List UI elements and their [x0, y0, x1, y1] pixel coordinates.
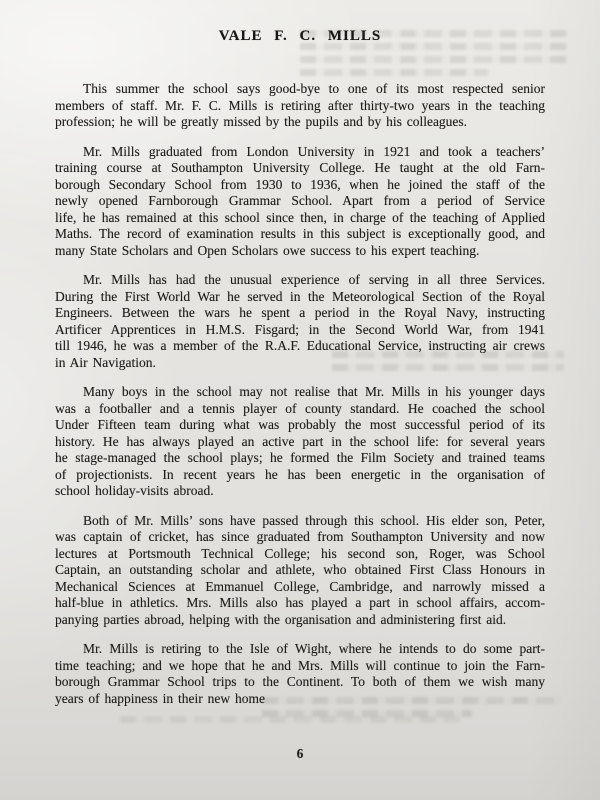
- body-line: half-blue in athletics. Mrs. Mills also …: [55, 595, 545, 612]
- body-line: many State Scholars and Open Scholars ow…: [55, 243, 545, 260]
- body-line: school holiday-visits abroad.: [55, 483, 545, 500]
- body-line: During the First World War he served in …: [55, 289, 545, 306]
- body-line: Many boys in the school may not realise …: [55, 384, 545, 401]
- body-line: This summer the school says good-bye to …: [55, 81, 545, 98]
- paragraph: Mr. Mills has had the unusual experience…: [55, 272, 545, 371]
- body-line: Engineers. Between the wars he spent a p…: [55, 305, 545, 322]
- body-line: he stage-managed the school plays; he fo…: [55, 450, 545, 467]
- body-line: till 1946, he was a member of the R.A.F.…: [55, 338, 545, 355]
- paragraph: This summer the school says good-bye to …: [55, 81, 545, 131]
- bleed-through-text: [120, 716, 460, 729]
- paragraph: Both of Mr. Mills’ sons have passed thro…: [55, 513, 545, 629]
- body-line: Mr. Mills has had the unusual experience…: [55, 272, 545, 289]
- body-line: borough Secondary School from 1930 to 19…: [55, 177, 545, 194]
- body-line: was captain of cricket, has since gradua…: [55, 529, 545, 546]
- body-line: borough Grammar School trips to the Cont…: [55, 674, 545, 691]
- paragraph: Mr. Mills is retiring to the Isle of Wig…: [55, 641, 545, 707]
- body-line: training course at Southampton Universit…: [55, 160, 545, 177]
- body-line: life, he has remained at this school sin…: [55, 210, 545, 227]
- body-line: years of happiness in their new home: [55, 691, 545, 708]
- body-line: lectures at Portsmouth Technical College…: [55, 546, 545, 563]
- body-line: Both of Mr. Mills’ sons have passed thro…: [55, 513, 545, 530]
- body-line: Mr. Mills is retiring to the Isle of Wig…: [55, 641, 545, 658]
- body-line: Captain, an outstanding scholar and athl…: [55, 562, 545, 579]
- article-title: VALE F. C. MILLS: [0, 28, 600, 45]
- paragraph: Many boys in the school may not realise …: [55, 384, 545, 500]
- body-line: newly opened Farnborough Grammar School.…: [55, 193, 545, 210]
- paragraph: Mr. Mills graduated from London Universi…: [55, 144, 545, 260]
- body-line: in Air Navigation.: [55, 355, 545, 372]
- page-number: 6: [0, 746, 600, 762]
- body-line: Mechanical Sciences at Emmanuel College,…: [55, 579, 545, 596]
- body-line: Maths. The record of examination results…: [55, 226, 545, 243]
- body-line: time teaching; and we hope that he and M…: [55, 658, 545, 675]
- article-body: This summer the school says good-bye to …: [55, 81, 545, 707]
- body-line: was a footballer and a tennis player of …: [55, 401, 545, 418]
- body-line: of projectionists. In recent years he ha…: [55, 467, 545, 484]
- body-line: Mr. Mills graduated from London Universi…: [55, 144, 545, 161]
- body-line: members of staff. Mr. F. C. Mills is ret…: [55, 98, 545, 115]
- body-line: history. He has always played an active …: [55, 434, 545, 451]
- scanned-page: VALE F. C. MILLS This summer the school …: [0, 0, 600, 800]
- body-line: Artificer Apprentices in H.M.S. Fisgard;…: [55, 322, 545, 339]
- body-line: panying parties abroad, helping with the…: [55, 612, 545, 629]
- body-line: Under Fifteen team during what was proba…: [55, 417, 545, 434]
- body-line: profession; he will be greatly missed by…: [55, 114, 545, 131]
